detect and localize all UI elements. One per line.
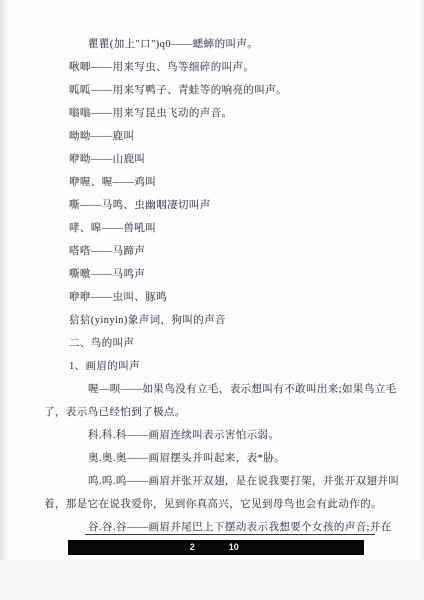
text-line: 咿喔、喔——鸡叫 [44, 171, 394, 194]
text-line: 呜.呜.呜——画眉并张开双翅，是在说我要打架，并张开双翅并叫 [44, 470, 394, 493]
text-line: 1、画眉的叫声 [44, 355, 394, 378]
text-line: 咿呦——山鹿叫 [44, 148, 394, 171]
text-line: 科.科.科——画眉连续叫表示害怕示弱。 [44, 424, 394, 447]
document-viewer: 瞿瞿(加上"口")q0——蟋蟀的叫声。 啾唧——用来写虫、鸟等细碎的叫声。 呱呱… [0, 0, 424, 600]
text-line: 呱呱——用来写鸭子、青蛙等的响亮的叫声。 [44, 79, 394, 102]
page-indicator-bar[interactable]: 2 10 [68, 540, 364, 555]
text-line: 哮、嗥——兽吼叫 [44, 217, 394, 240]
text-line: 咿咿——虫叫、豚鸣 [44, 286, 394, 309]
text-line: 着，那是它在说我爱你，见到你真高兴，它见到母鸟也会有此动作的。 [44, 493, 394, 516]
current-page-number: 2 [190, 540, 195, 555]
text-line: 啾唧——用来写虫、鸟等细碎的叫声。 [44, 56, 394, 79]
page-bottom-rule [85, 534, 375, 535]
text-line: 嘶噭——马鸣声 [44, 263, 394, 286]
text-line: 二、鸟的叫声 [44, 332, 394, 355]
text-line: 嗡嗡——用来写昆虫飞动的声音。 [44, 102, 394, 125]
right-edge-shadow [418, 0, 424, 600]
text-line: 谷.谷.谷——画眉并尾巴上下摆动表示我想要个女孩的声音;并在 [44, 516, 394, 539]
text-line: 了，表示鸟已经怕到了极点。 [44, 401, 394, 424]
left-edge-shadow [0, 0, 10, 600]
text-line: 呦呦——鹿叫 [44, 125, 394, 148]
text-line: 狺狺(yinyin)象声词，狗叫的声音 [44, 309, 394, 332]
text-line: 奥.奥.奥——画眉摆头并叫起来，表*胁。 [44, 447, 394, 470]
text-line: 喔—呗——如果鸟没有立毛，表示想叫有不敢叫出来;如果鸟立毛 [44, 378, 394, 401]
text-line: 瞿瞿(加上"口")q0——蟋蟀的叫声。 [44, 33, 394, 56]
total-pages-number: 10 [229, 540, 239, 555]
bottom-margin [0, 560, 424, 600]
document-page[interactable]: 瞿瞿(加上"口")q0——蟋蟀的叫声。 啾唧——用来写虫、鸟等细碎的叫声。 呱呱… [10, 0, 416, 560]
document-text: 瞿瞿(加上"口")q0——蟋蟀的叫声。 啾唧——用来写虫、鸟等细碎的叫声。 呱呱… [44, 33, 394, 539]
text-line: 嗒嗒——马蹄声 [44, 240, 394, 263]
text-line: 嘶——马鸣、虫幽咽凄切叫声 [44, 194, 394, 217]
